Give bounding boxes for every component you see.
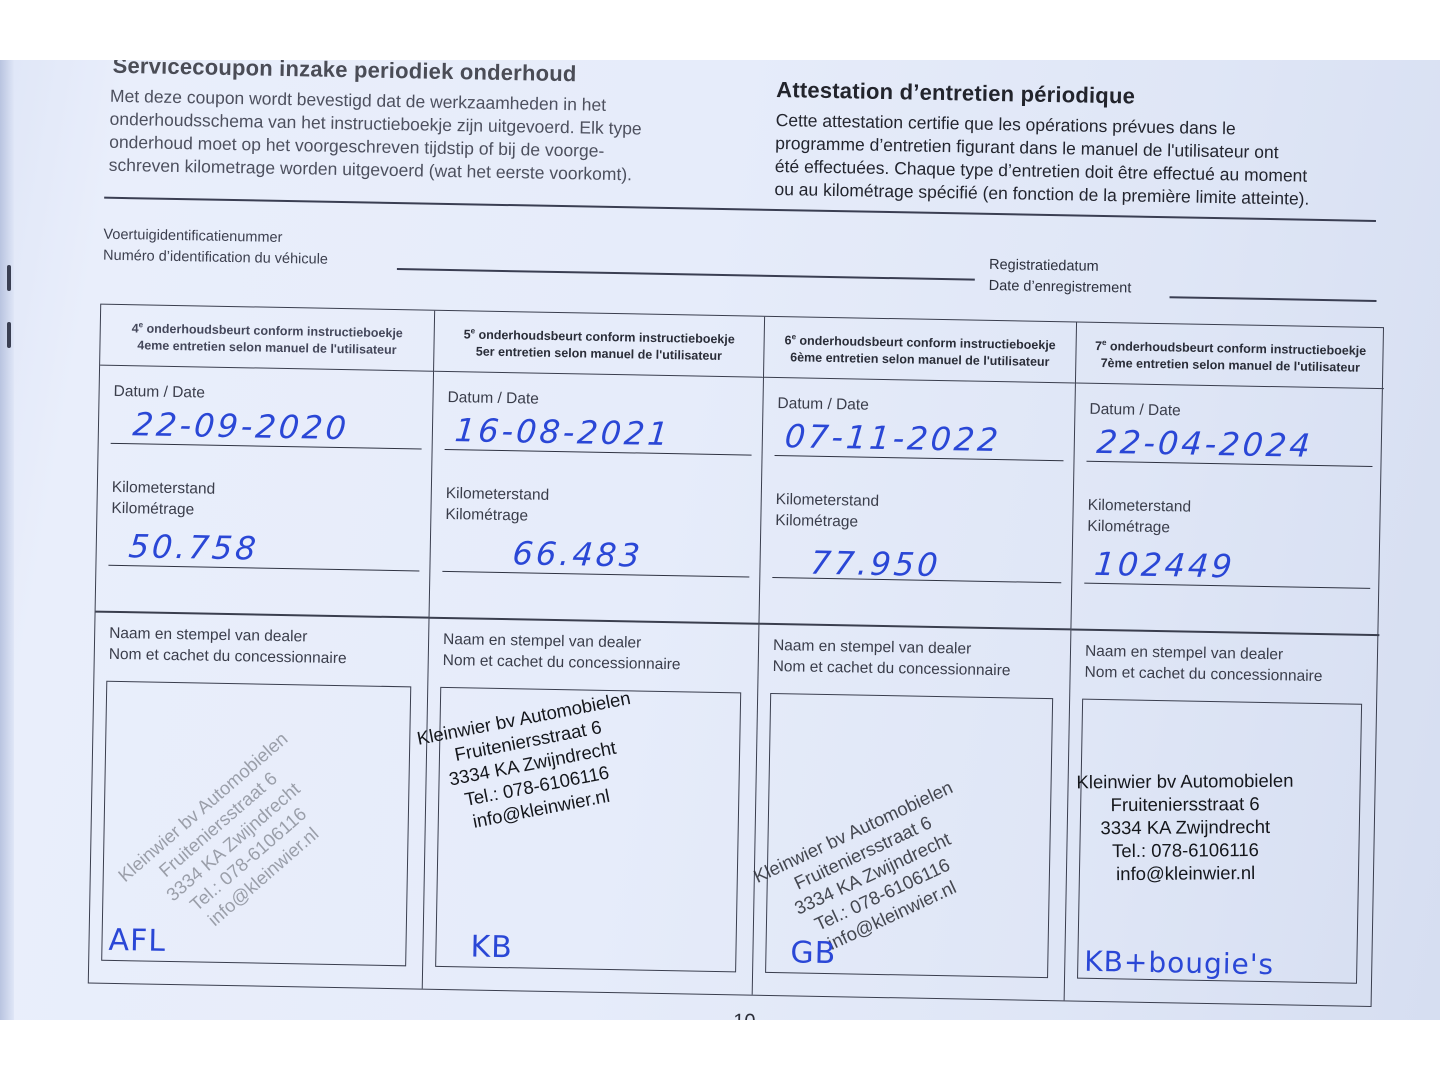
dutch-intro: Met deze coupon wordt bevestigd dat de w…	[109, 85, 751, 189]
column-header: 7e onderhoudsbeurt conform instructieboe…	[1076, 323, 1385, 390]
header-fr: 5er entretien selon manuel de l'utilisat…	[476, 344, 722, 366]
dealer-label-fr: Nom et cachet du concessionnaire	[772, 656, 1010, 681]
vehicle-id-label: Voertuigidentificatienummer Numéro d’ide…	[103, 225, 329, 271]
dealer-label: Naam en stempel van dealer Nom et cachet…	[1084, 641, 1323, 687]
service-column-7: 7e onderhoudsbeurt conform instructieboe…	[1065, 323, 1385, 1007]
service-column-4: 4e onderhoudsbeurt conform instructieboe…	[89, 305, 435, 989]
dealer-label: Naam en stempel van dealer Nom et cachet…	[443, 629, 682, 675]
km-label: Kilometerstand Kilométrage	[445, 483, 549, 527]
handwritten-km: 50.758	[127, 527, 260, 567]
km-label-fr: Kilométrage	[775, 510, 879, 533]
stamp-line: info@kleinwier.nl	[1077, 861, 1294, 886]
column-header: 6e onderhoudsbeurt conform instructieboe…	[764, 317, 1076, 384]
km-field-line[interactable]	[108, 565, 419, 572]
registration-date-label: Registratiedatum Date d’enregistrement	[989, 255, 1132, 300]
km-label: Kilometerstand Kilométrage	[775, 489, 879, 533]
handwritten-date: 22-09-2020	[131, 405, 350, 447]
date-label: Datum / Date	[113, 381, 205, 404]
handwritten-date: 16-08-2021	[453, 411, 672, 453]
km-label: Kilometerstand Kilométrage	[111, 477, 215, 521]
stamp-line: Fruiteniersstraat 6	[1077, 792, 1294, 817]
dealer-label-fr: Nom et cachet du concessionnaire	[1084, 662, 1322, 687]
dealer-label-fr: Nom et cachet du concessionnaire	[443, 650, 681, 675]
dealer-label-fr: Nom et cachet du concessionnaire	[109, 644, 347, 669]
km-label-nl: Kilometerstand	[1088, 495, 1192, 518]
service-column-5: 5e onderhoudsbeurt conform instructieboe…	[423, 311, 765, 995]
km-label-nl: Kilometerstand	[446, 483, 550, 506]
dealer-stamp-box: Kleinwier bv Automobielen Fruiteniersstr…	[1077, 699, 1362, 984]
section-divider	[759, 623, 1070, 630]
section-divider	[96, 611, 429, 619]
section-divider	[430, 617, 759, 625]
dutch-title: Servicecoupon inzake periodiek onderhoud	[112, 60, 576, 87]
dealer-stamp: Kleinwier bv Automobielen Fruiteniersstr…	[415, 686, 650, 840]
photo-background: Servicecoupon inzake periodiek onderhoud…	[0, 0, 1440, 1080]
dealer-stamp-box: Kleinwier bv Automobielen Fruiteniersstr…	[765, 693, 1053, 978]
booklet-page: Servicecoupon inzake periodiek onderhoud…	[0, 60, 1440, 1020]
handwritten-initials: GB	[790, 935, 836, 971]
km-label-fr: Kilométrage	[1087, 516, 1191, 539]
handwritten-initials: KB+bougie's	[1084, 945, 1274, 981]
handwritten-km: 102449	[1093, 545, 1236, 586]
handwritten-date: 07-11-2022	[783, 417, 1002, 459]
dealer-stamp: Kleinwier bv Automobielen Fruiteniersstr…	[750, 775, 995, 971]
service-column-6: 6e onderhoudsbeurt conform instructieboe…	[753, 317, 1077, 1001]
km-label-nl: Kilometerstand	[112, 477, 216, 500]
stamp-line: Tel.: 078-6106116	[1077, 838, 1294, 863]
column-header: 4e onderhoudsbeurt conform instructieboe…	[100, 305, 434, 372]
header-fr: 6ème entretien selon manuel de l'utilisa…	[790, 349, 1050, 371]
stamp-line: 3334 KA Zwijndrecht	[1077, 815, 1294, 840]
handwritten-date: 22-04-2024	[1095, 423, 1314, 465]
dealer-label: Naam en stempel van dealer Nom et cachet…	[772, 635, 1011, 681]
form-content: Servicecoupon inzake periodiek onderhoud…	[0, 60, 1440, 1020]
section-divider	[1071, 628, 1379, 635]
service-grid: 4e onderhoudsbeurt conform instructieboe…	[88, 304, 1384, 1007]
registration-date-field[interactable]	[1170, 296, 1377, 301]
vehicle-id-field[interactable]	[397, 268, 975, 280]
handwritten-initials: KB	[470, 929, 513, 965]
date-label: Datum / Date	[777, 393, 869, 416]
dealer-stamp: Kleinwier bv Automobielen Fruiteniersstr…	[1076, 769, 1294, 886]
header-fr: 4eme entretien selon manuel de l'utilisa…	[137, 337, 397, 359]
dealer-label: Naam en stempel van dealer Nom et cachet…	[109, 623, 348, 669]
registration-date-label-fr: Date d’enregistrement	[989, 276, 1132, 300]
km-label-nl: Kilometerstand	[776, 489, 880, 512]
handwritten-initials: AFL	[108, 923, 166, 959]
stamp-line: Kleinwier bv Automobielen	[1076, 769, 1293, 794]
date-label: Datum / Date	[447, 387, 539, 410]
dealer-stamp-box: Kleinwier bv Automobielen Fruiteniersstr…	[101, 681, 411, 967]
column-header: 5e onderhoudsbeurt conform instructieboe…	[434, 311, 764, 378]
km-label-fr: Kilométrage	[111, 498, 215, 521]
km-label-fr: Kilométrage	[445, 504, 549, 527]
dealer-stamp-box: Kleinwier bv Automobielen Fruiteniersstr…	[435, 687, 741, 972]
date-label: Datum / Date	[1089, 399, 1181, 422]
km-label: Kilometerstand Kilométrage	[1087, 495, 1191, 539]
handwritten-km: 66.483	[511, 534, 644, 574]
header-fr: 7ème entretien selon manuel de l'utilisa…	[1100, 355, 1360, 377]
french-intro: Cette attestation certifie que les opéra…	[774, 109, 1386, 212]
dealer-stamp: Kleinwier bv Automobielen Fruiteniersstr…	[113, 727, 352, 956]
registration-date-label-nl: Registratiedatum	[989, 255, 1132, 279]
vehicle-id-label-fr: Numéro d’identification du véhicule	[103, 246, 328, 271]
page-number: 10	[733, 1010, 756, 1020]
french-title: Attestation d’entretien périodique	[776, 77, 1135, 110]
